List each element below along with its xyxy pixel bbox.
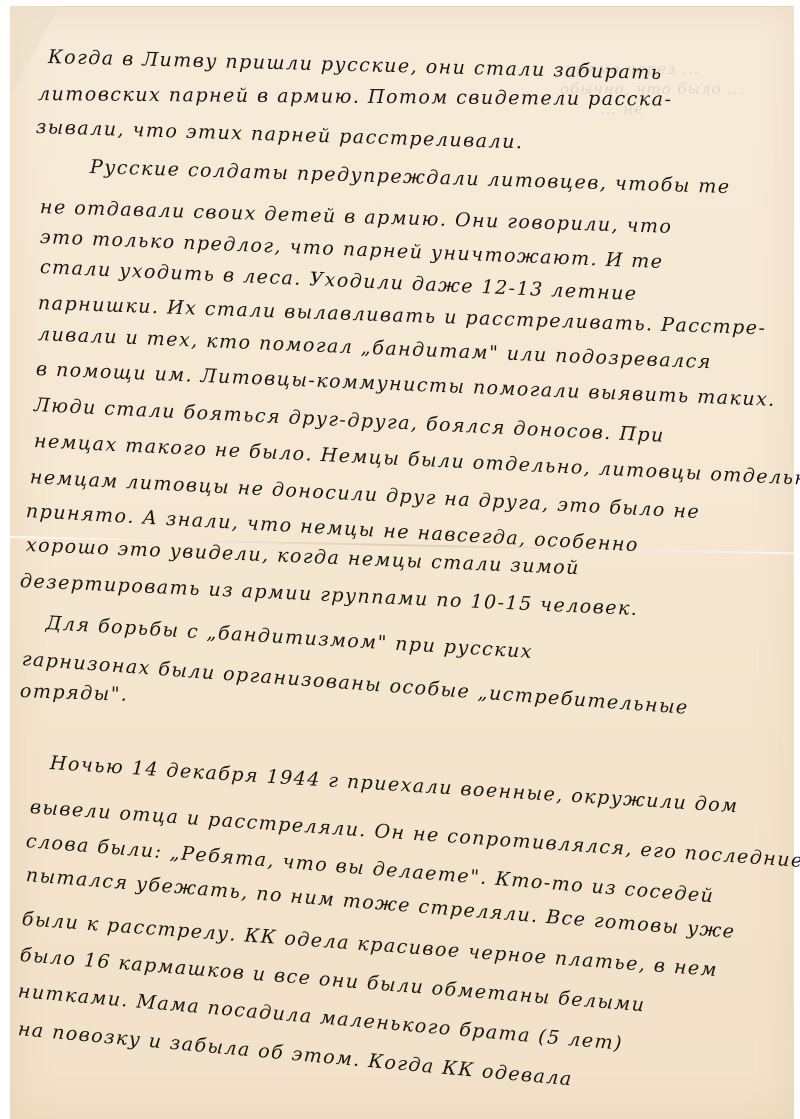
letter-line: отряды". bbox=[20, 680, 129, 706]
